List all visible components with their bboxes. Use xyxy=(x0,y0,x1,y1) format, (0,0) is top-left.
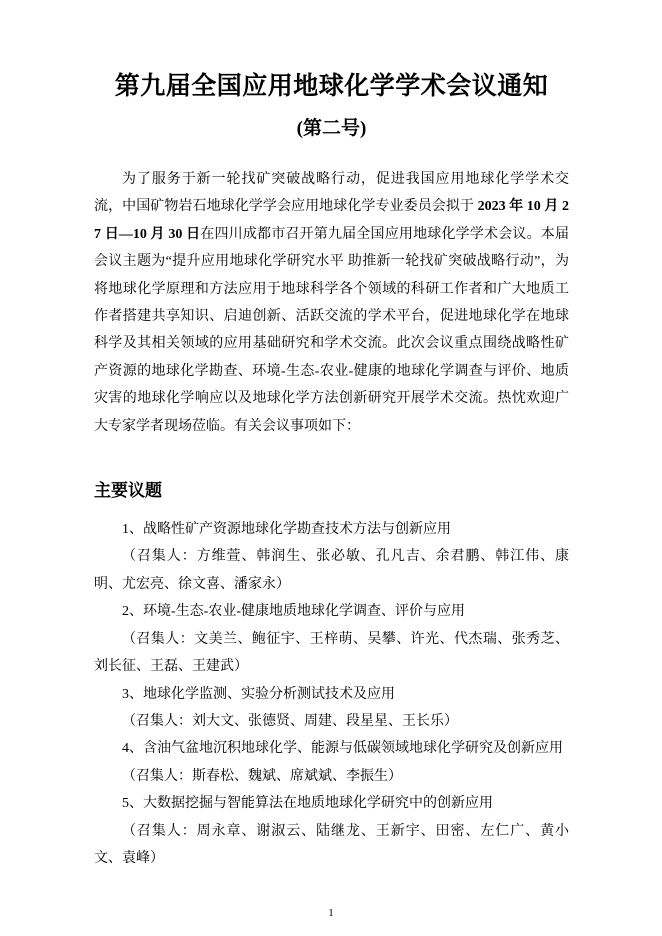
page-number: 1 xyxy=(328,907,334,919)
document-page: 第九届全国应用地球化学学术会议通知 (第二号) 为了服务于新一轮找矿突破战略行动… xyxy=(0,0,662,936)
intro-paragraph: 为了服务于新一轮找矿突破战略行动，促进我国应用地球化学学术交流，中国矿物岩石地球… xyxy=(94,166,569,440)
topics-heading: 主要议题 xyxy=(94,480,569,502)
intro-text-after-date: 在四川成都市召开第九届全国应用地球化学学术会议。本届会议主题为“提升应用地球化学… xyxy=(94,227,569,434)
topics-list: 1、战略性矿产资源地球化学勘查技术方法与创新应用 （召集人：方维萱、韩润生、张必… xyxy=(94,516,569,872)
topic-4-title: 4、含油气盆地沉积地球化学、能源与低碳领域地球化学研究及创新应用 xyxy=(94,735,569,762)
page-footer: 1 xyxy=(0,907,662,920)
topic-1-title: 1、战略性矿产资源地球化学勘查技术方法与创新应用 xyxy=(94,516,569,543)
topic-1-conveners: （召集人：方维萱、韩润生、张必敏、孔凡吉、余君鹏、韩江伟、康明、尤宏亮、徐文喜、… xyxy=(94,543,569,598)
topic-4-conveners: （召集人：斯春松、魏斌、席斌斌、李振生） xyxy=(94,763,569,790)
document-subtitle: (第二号) xyxy=(94,117,569,141)
topic-2-conveners: （召集人：文美兰、鲍征宇、王梓萌、吴攀、许光、代杰瑞、张秀芝、刘长征、王磊、王建… xyxy=(94,626,569,681)
topic-5-title: 5、大数据挖掘与智能算法在地质地球化学研究中的创新应用 xyxy=(94,790,569,817)
topic-3-conveners: （召集人：刘大文、张德贤、周建、段星星、王长乐） xyxy=(94,708,569,735)
document-title: 第九届全国应用地球化学学术会议通知 xyxy=(94,72,569,102)
topic-3-title: 3、地球化学监测、实验分析测试技术及应用 xyxy=(94,681,569,708)
topic-5-conveners: （召集人：周永章、谢淑云、陆继龙、王新宇、田密、左仁广、黄小文、袁峰） xyxy=(94,818,569,873)
topic-2-title: 2、环境-生态-农业-健康地质地球化学调查、评价与应用 xyxy=(94,598,569,625)
